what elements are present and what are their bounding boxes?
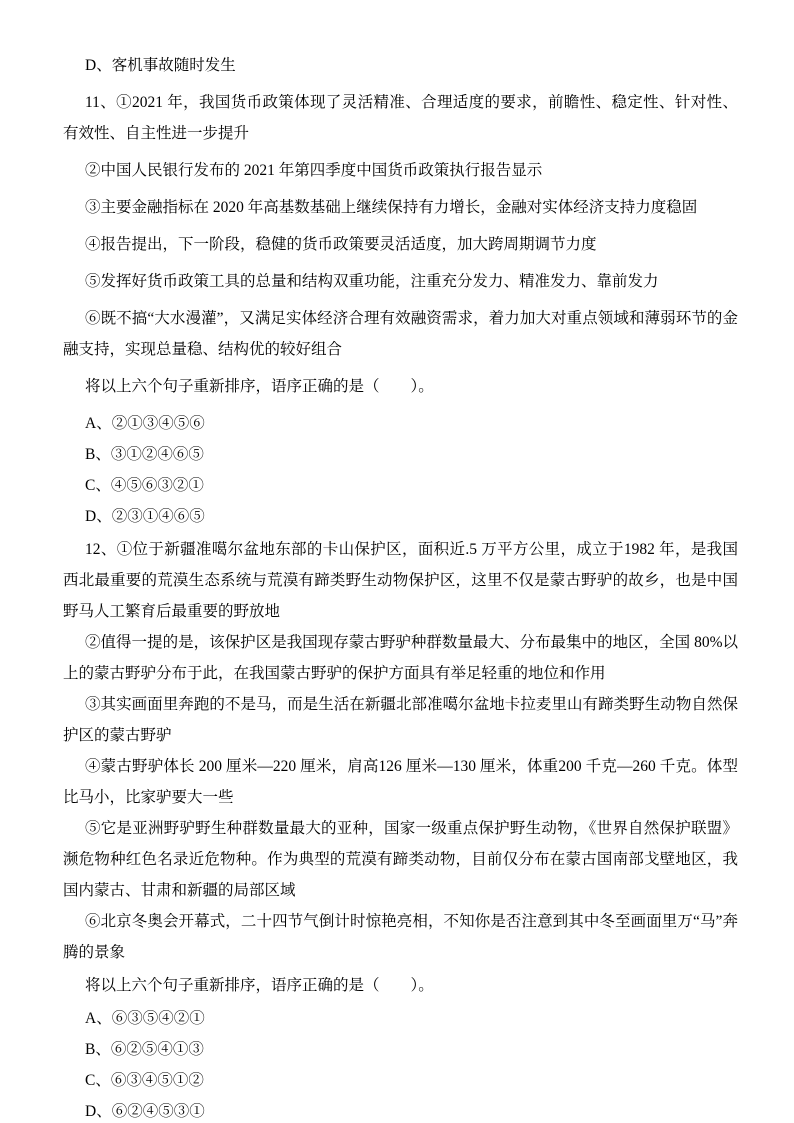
prev-question-option-d: D、客机事故随时发生 xyxy=(63,50,738,81)
document-page: D、客机事故随时发生 11、①2021 年，我国货币政策体现了灵活精准、合理适度… xyxy=(0,0,794,1123)
q12-sentence-3: ③其实画面里奔跑的不是马，而是生活在新疆北部准噶尔盆地卡拉麦里山有蹄类野生动物自… xyxy=(63,689,738,751)
question-11-block: 11、①2021 年，我国货币政策体现了灵活精准、合理适度的要求，前瞻性、稳定性… xyxy=(63,87,738,402)
q11-sentence-4: ④报告提出，下一阶段，稳健的货币政策要灵活适度，加大跨周期调节力度 xyxy=(63,229,738,260)
q11-sentence-2: ②中国人民银行发布的 2021 年第四季度中国货币政策执行报告显示 xyxy=(63,155,738,186)
previous-question-tail: D、客机事故随时发生 xyxy=(63,50,738,81)
q12-prompt: 将以上六个句子重新排序，语序正确的是（ ）。 xyxy=(63,970,738,1001)
q12-option-a: A、⑥③⑤④②① xyxy=(63,1003,738,1034)
q11-option-a: A、②①③④⑤⑥ xyxy=(63,408,738,439)
q12-sentence-1: 12、①位于新疆准噶尔盆地东部的卡山保护区，面积近.5 万平方公里，成立于198… xyxy=(63,534,738,627)
q11-option-c: C、④⑤⑥③②① xyxy=(63,470,738,501)
question-11-options: A、②①③④⑤⑥ B、③①②④⑥⑤ C、④⑤⑥③②① D、②③①④⑥⑤ xyxy=(63,408,738,532)
q12-option-c: C、⑥③④⑤①② xyxy=(63,1065,738,1096)
q12-option-d: D、⑥②④⑤③① xyxy=(63,1096,738,1123)
question-12-block: 12、①位于新疆准噶尔盆地东部的卡山保护区，面积近.5 万平方公里，成立于198… xyxy=(63,534,738,1001)
q11-sentence-3: ③主要金融指标在 2020 年高基数基础上继续保持有力增长，金融对实体经济支持力… xyxy=(63,192,738,223)
q12-sentence-6: ⑥北京冬奥会开幕式，二十四节气倒计时惊艳亮相，不知你是否注意到其中冬至画面里万“… xyxy=(63,906,738,968)
q11-option-d: D、②③①④⑥⑤ xyxy=(63,501,738,532)
q11-sentence-6: ⑥既不搞“大水漫灌”，又满足实体经济合理有效融资需求，着力加大对重点领域和薄弱环… xyxy=(63,303,738,365)
q12-sentence-4: ④蒙古野驴体长 200 厘米—220 厘米，肩高126 厘米—130 厘米，体重… xyxy=(63,751,738,813)
q11-sentence-1: 11、①2021 年，我国货币政策体现了灵活精准、合理适度的要求，前瞻性、稳定性… xyxy=(63,87,738,149)
question-12-options: A、⑥③⑤④②① B、⑥②⑤④①③ C、⑥③④⑤①② D、⑥②④⑤③① xyxy=(63,1003,738,1123)
q11-prompt: 将以上六个句子重新排序，语序正确的是（ ）。 xyxy=(63,371,738,402)
q11-sentence-5: ⑤发挥好货币政策工具的总量和结构双重功能，注重充分发力、精准发力、靠前发力 xyxy=(63,266,738,297)
q12-sentence-5: ⑤它是亚洲野驴野生种群数量最大的亚种，国家一级重点保护野生动物，《世界自然保护联… xyxy=(63,813,738,906)
q11-option-b: B、③①②④⑥⑤ xyxy=(63,439,738,470)
q12-sentence-2: ②值得一提的是，该保护区是我国现存蒙古野驴种群数量最大、分布最集中的地区，全国 … xyxy=(63,627,738,689)
q12-option-b: B、⑥②⑤④①③ xyxy=(63,1034,738,1065)
